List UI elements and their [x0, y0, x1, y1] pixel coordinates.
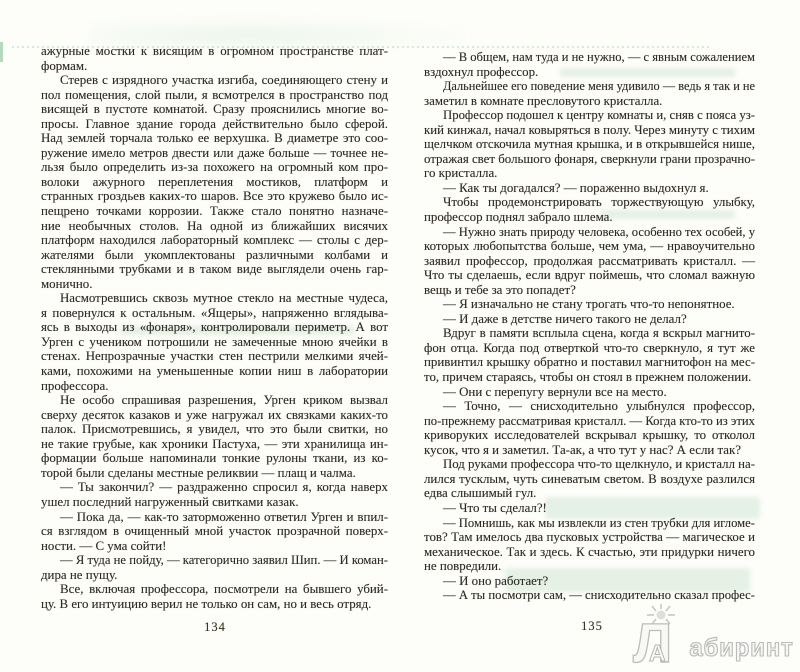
text-line: — Точно, — снисходительно улыбнулся проф…: [424, 399, 755, 414]
text-line: отражая свет большого фонаря, сверкнули …: [424, 152, 755, 167]
text-line: механическое. Так и здесь. К счастью, эт…: [424, 545, 755, 560]
text-line: привинтил крышку обратно и поставил магн…: [424, 355, 755, 370]
text-line: Стерев с изрядного участка изгиба, соеди…: [41, 73, 388, 88]
text-line: монично.: [41, 277, 388, 292]
text-line: которых любопытства больше, чем ума, — н…: [424, 239, 755, 254]
text-line: висящей в пустоте комнатой. Сразу проясн…: [41, 102, 388, 117]
labirint-watermark: Л А абиринт: [630, 604, 794, 666]
text-line: не повредили.: [424, 559, 755, 574]
text-line: Чтобы продемонстрировать торжествующую у…: [424, 195, 755, 210]
text-line: — Пока да, — как-то заторможенно ответил…: [41, 510, 388, 525]
text-line: — Я изначально не стану трогать что-то н…: [424, 297, 755, 312]
text-line: — Я туда не пойду, — категорично заявил …: [41, 553, 388, 568]
watermark-inner-letter: А: [649, 640, 666, 666]
text-line: Что ты сделаешь, если вдруг поймешь, что…: [424, 268, 755, 283]
text-line: заметил в комнате пресловутого кристалла…: [424, 94, 755, 109]
text-line: ружение имело метров двести или даже бол…: [41, 146, 388, 161]
left-page-number: 134: [185, 620, 245, 635]
text-line: криворуких исследователей вскрывал крышк…: [424, 428, 755, 443]
text-line: ние необычных столов. На одной из ближай…: [41, 219, 388, 234]
text-line: Вдруг в памяти всплыла сцена, когда я вс…: [424, 326, 755, 341]
text-line: кий кинжал, начал ковыряться в полу. Чер…: [424, 123, 755, 138]
text-line: ками, похожими на уменьшенные копии ниш …: [41, 364, 388, 379]
text-line: заявил профессор, продолжая рассматриват…: [424, 254, 755, 269]
text-line: Дальнейшее его поведение меня удивило — …: [424, 79, 755, 94]
text-line: стенах. Непрозрачные участки стен пестри…: [41, 349, 388, 364]
sunburst-center: [657, 611, 666, 620]
text-line: стеклянными трубками и в таком виде выгл…: [41, 262, 388, 277]
text-line: сверху десяток казаков и уже нагружал их…: [41, 408, 388, 423]
text-line: — Ты закончил? — раздраженно спросил я, …: [41, 480, 388, 495]
text-line: — Они с перепугу вернули все на место.: [424, 385, 755, 400]
text-line: просы. Главное здание города действитель…: [41, 117, 388, 132]
text-line: не такие грубые, как хроники Пастуха, — …: [41, 437, 388, 452]
text-line: Под руками профессора что-то щелкнуло, и…: [424, 457, 755, 472]
text-line: Урген с учеником потрошили не замеченные…: [41, 335, 388, 350]
text-line: платформ находился лабораторный комплекс…: [41, 233, 388, 248]
text-line: пещрено точками коррозии. Также стало по…: [41, 204, 388, 219]
labirint-watermark-text: абиринт: [690, 634, 794, 663]
text-line: — И даже в детстве ничего такого не дела…: [424, 312, 755, 327]
text-line: формации больше напоминали тонкие рулоны…: [41, 451, 388, 466]
text-line: тов? Там имелось два пусковых устройства…: [424, 530, 755, 545]
text-line: — А ты посмотри сам, — снисходительно ск…: [424, 588, 755, 603]
right-page-text: — В общем, нам туда и не нужно, — с явны…: [424, 50, 755, 603]
text-line: вещь и тебе за это попадет?: [424, 283, 755, 298]
text-line: Все, включая профессора, посмотрели на б…: [41, 582, 388, 597]
text-line: пол помещения, слой пыли, я всмотрелся в…: [41, 88, 388, 103]
text-line: профессора.: [41, 379, 388, 394]
text-line: дира не пущу.: [41, 568, 388, 583]
text-line: ся взглядом в очищенный мной участок про…: [41, 524, 388, 539]
text-line: — Помнишь, как мы извлекли из стен трубк…: [424, 516, 755, 531]
book-scan-spread: ажурные мостки к висящим в огромном прос…: [0, 0, 800, 672]
text-line: Насмотревшись сквозь мутное стекло на ме…: [41, 291, 388, 306]
text-line: волоки ажурного переплетения мостиков, п…: [41, 175, 388, 190]
left-page-text: ажурные мостки к висящим в огромном прос…: [41, 44, 388, 611]
text-line: едва слышимый гул.: [424, 486, 755, 501]
text-line: кусок, что я и заметил. Та-ак, а что тут…: [424, 443, 755, 458]
right-page-number: 135: [562, 619, 622, 634]
text-line: торой были сделаны местные реликвии — пл…: [41, 466, 388, 481]
text-line: льзя было определить из-за похожего на о…: [41, 160, 388, 175]
text-line: фон отца. Когда под отверткой что-то све…: [424, 341, 755, 356]
text-line: формам.: [41, 59, 388, 74]
text-line: — Как ты догадался? — пораженно выдохнул…: [424, 181, 755, 196]
text-line: щелчком отскочила мутная крышка, и в отк…: [424, 137, 755, 152]
text-line: палок. Присмотревшись, я увидел, что это…: [41, 422, 388, 437]
text-line: профессор поднял забрало шлема.: [424, 210, 755, 225]
text-line: Профессор подошел к центру комнаты и, сн…: [424, 108, 755, 123]
text-line: я повернулся к остальным. «Ящеры», напря…: [41, 306, 388, 321]
text-line: — Что ты сделал?!: [424, 501, 755, 516]
text-line: лился тусклым, чуть синеватым светом. В …: [424, 472, 755, 487]
text-line: ности. — С ума сойти!: [41, 539, 388, 554]
text-line: по-прежнему рассматривая кристалл. — Ког…: [424, 414, 755, 429]
text-line: — И оно работает?: [424, 574, 755, 589]
text-line: ясь в выходы из «фонаря», контролировали…: [41, 320, 388, 335]
text-line: странных гроздьев каких-то шаров. Все эт…: [41, 189, 388, 204]
text-line: цу. В его интуицию верил не только он са…: [41, 597, 388, 612]
text-line: ушел последний нагруженный свитками каза…: [41, 495, 388, 510]
text-line: ажурные мостки к висящим в огромном прос…: [41, 44, 388, 59]
text-line: то, причем стараясь, чтобы он стоял в пр…: [424, 370, 755, 385]
labirint-logo-icon: Л А: [630, 604, 688, 666]
text-line: — Нужно знать природу человека, особенно…: [424, 225, 755, 240]
text-line: — В общем, нам туда и не нужно, — с явны…: [424, 50, 755, 65]
text-line: го кристалла.: [424, 166, 755, 181]
scan-edge-mark: [0, 42, 3, 62]
text-line: Не особо спрашивая разрешения, Урген кри…: [41, 393, 388, 408]
text-line: Над землей торчала только ее верхушка. В…: [41, 131, 388, 146]
text-line: жателями были укомплектованы различными …: [41, 248, 388, 263]
text-line: вздохнул профессор.: [424, 65, 755, 80]
